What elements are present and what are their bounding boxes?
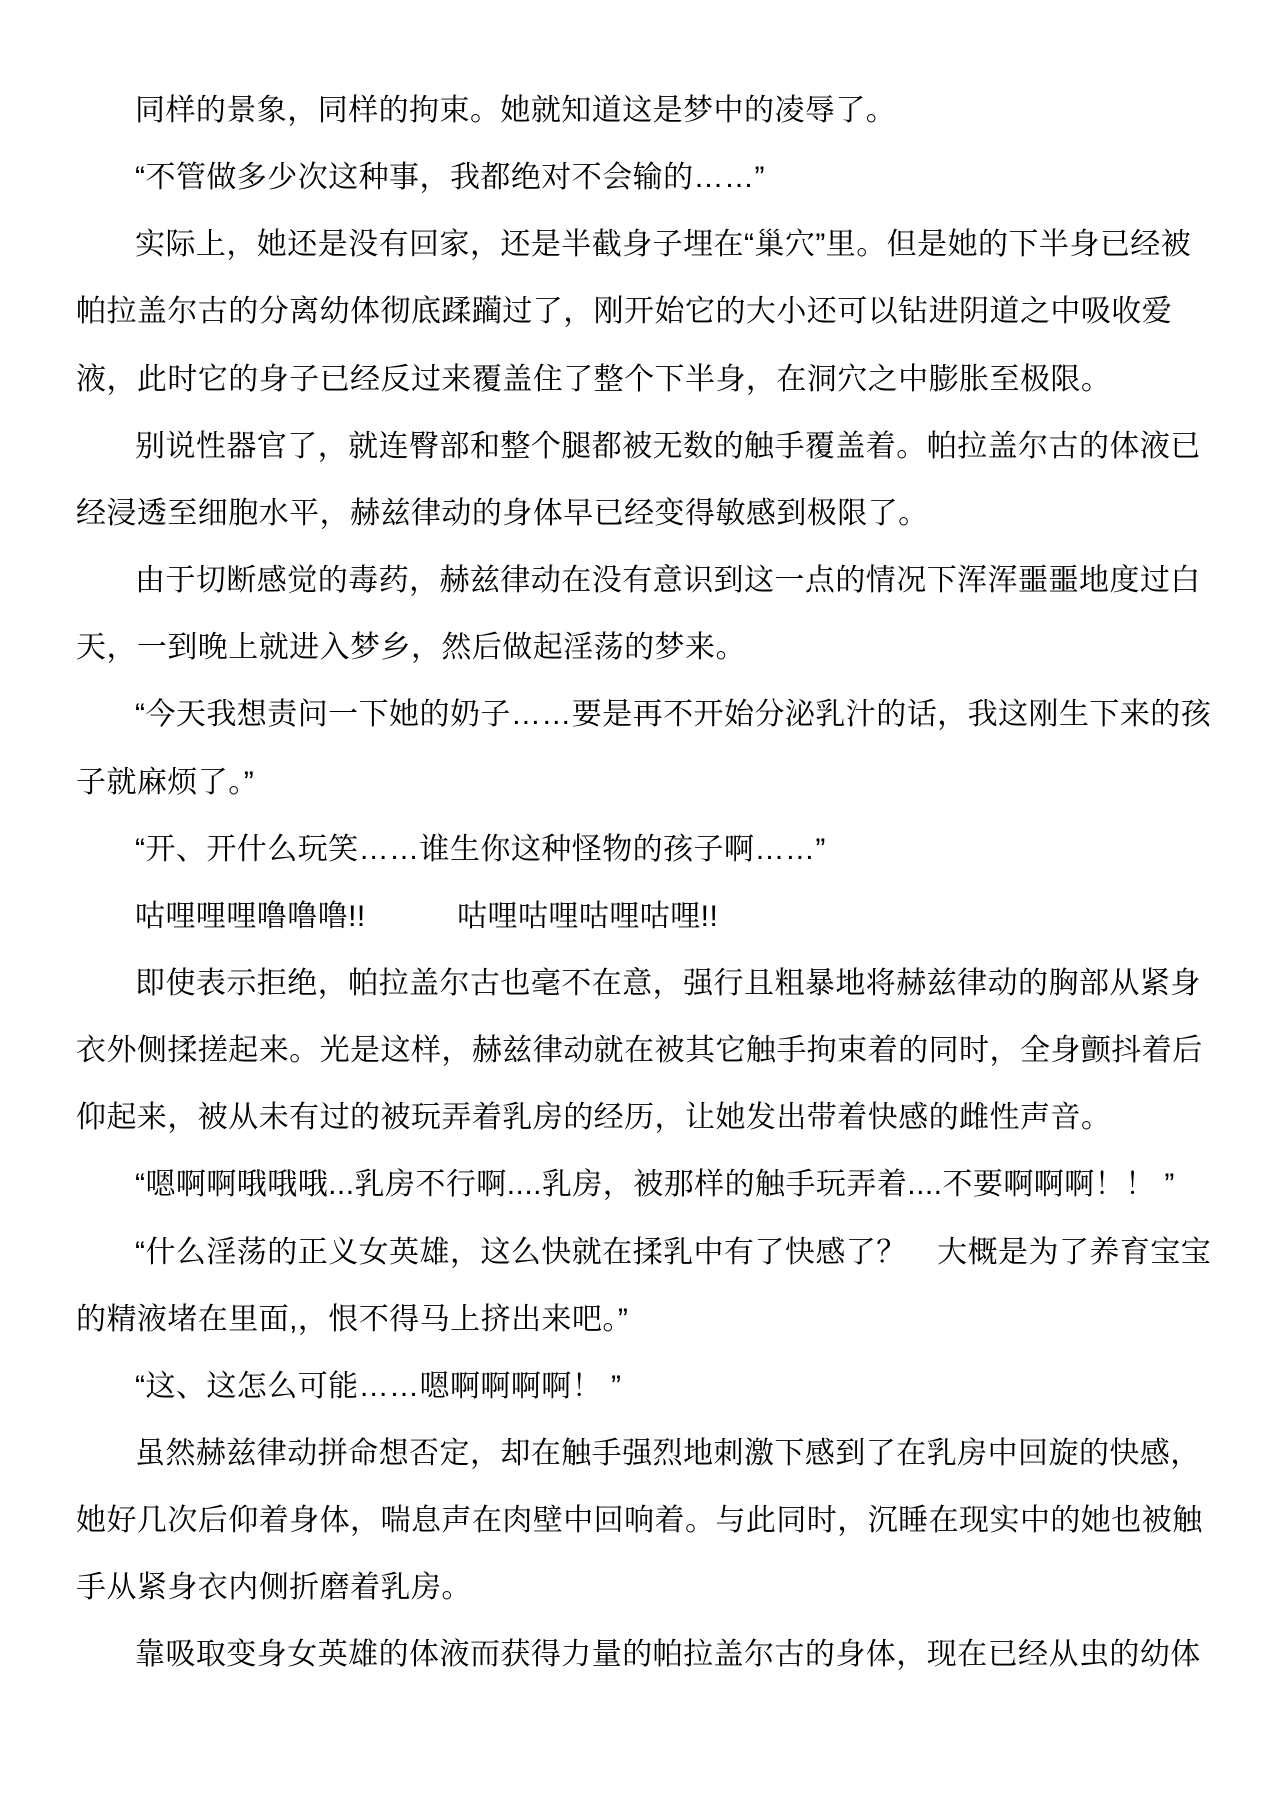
text-line: 同样的景象，同样的拘束。她就知道这是梦中的凌辱了。 [135,94,896,128]
text-line: 经浸透至细胞水平，赫兹律动的身体早已经变得敏感到极限了。 [76,497,929,531]
text-line: 衣外侧揉搓起来。光是这样，赫兹律动就在被其它触手拘束着的同时，全身颤抖着后 [76,1034,1203,1068]
text-line: 咕哩哩哩噜噜噜!! 咕哩咕哩咕哩咕哩!! [135,900,718,934]
text-line: 实际上，她还是没有回家，还是半截身子埋在“巢穴”里。但是她的下半身已经被 [135,228,1191,262]
text-line: 天，一到晚上就进入梦乡，然后做起淫荡的梦来。 [76,631,746,665]
text-line: “什么淫荡的正义女英雄，这么快就在揉乳中有了快感了？ 大概是为了养育宝宝 [135,1236,1211,1270]
text-line: 帕拉盖尔古的分离幼体彻底蹂躏过了，刚开始它的大小还可以钻进阴道之中吸收爱 [76,295,1172,329]
text-line: “今天我想责问一下她的奶子……要是再不开始分泌乳汁的话，我这刚生下来的孩 [135,698,1211,732]
text-line: 靠吸取变身女英雄的体液而获得力量的帕拉盖尔古的身体，现在已经从虫的幼体 [135,1638,1201,1672]
text-line: “不管做多少次这种事，我都绝对不会输的……” [135,161,765,195]
text-line: 别说性器官了，就连臀部和整个腿都被无数的触手覆盖着。帕拉盖尔古的体液已 [135,430,1201,464]
text-line: 液，此时它的身子已经反过来覆盖住了整个下半身，在洞穴之中膨胀至极限。 [76,363,1111,397]
text-line: “开、开什么玩笑……谁生你这种怪物的孩子啊……” [135,833,826,867]
text-block: 同样的景象，同样的拘束。她就知道这是梦中的凌辱了。 “不管做多少次这种事，我都绝… [0,0,1280,1810]
text-line: 的精液堵在里面,，恨不得马上挤出来吧。” [76,1303,628,1337]
text-line: “这、这怎么可能……嗯啊啊啊啊！ ” [135,1370,621,1404]
document-page: 同样的景象，同样的拘束。她就知道这是梦中的凌辱了。 “不管做多少次这种事，我都绝… [0,0,1280,1810]
text-line: “嗯啊啊哦哦哦...乳房不行啊....乳房，被那样的触手玩弄着....不要啊啊啊… [135,1168,1175,1202]
text-line: 由于切断感觉的毒药，赫兹律动在没有意识到这一点的情况下浑浑噩噩地度过白 [135,564,1201,598]
text-line: 子就麻烦了。” [76,766,254,800]
text-line: 虽然赫兹律动拼命想否定，却在触手强烈地刺激下感到了在乳房中回旋的快感， [135,1437,1201,1471]
text-line: 即使表示拒绝，帕拉盖尔古也毫不在意，强行且粗暴地将赫兹律动的胸部从紧身 [135,967,1201,1001]
text-line: 她好几次后仰着身体，喘息声在肉壁中回响着。与此同时，沉睡在现实中的她也被触 [76,1504,1203,1538]
text-line: 仰起来，被从未有过的被玩弄着乳房的经历，让她发出带着快感的雌性声音。 [76,1101,1111,1135]
text-line: 手从紧身衣内侧折磨着乳房。 [76,1571,472,1605]
